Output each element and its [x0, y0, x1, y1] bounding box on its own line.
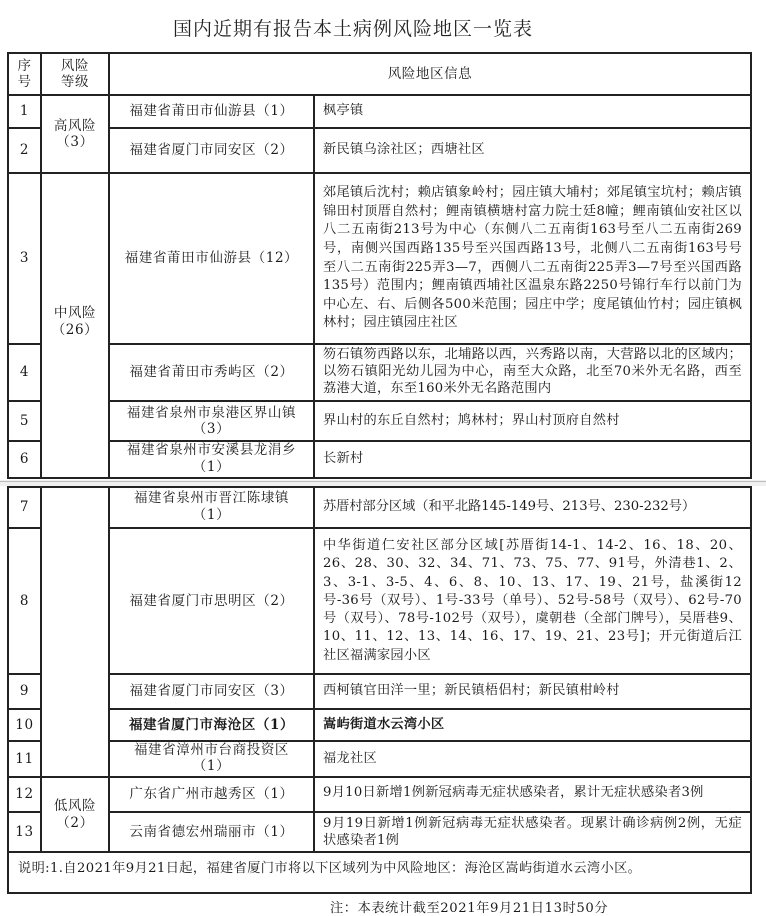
- row-13-no: 13: [9, 813, 40, 851]
- row-6-no: 6: [9, 442, 40, 477]
- row-7-no: 7: [9, 488, 40, 527]
- row-4-region: 福建省莆田市秀屿区（2）: [110, 345, 313, 400]
- document-title: 国内近期有报告本土病例风险地区一览表: [0, 14, 766, 41]
- group-low-risk: 低风险（2）: [42, 778, 108, 851]
- row-5-region: 福建省泉州市泉港区界山镇（3）: [110, 402, 313, 440]
- row-7-info: 苏厝村部分区域（和平北路145-149号、213号、230-232号）: [315, 488, 752, 527]
- row-9-region: 福建省厦门市同安区（3）: [110, 675, 313, 708]
- row-4-no: 4: [9, 345, 40, 400]
- row-10-info: 嵩屿街道水云湾小区: [315, 710, 750, 740]
- row-3-no: 3: [9, 174, 40, 343]
- row-12-info: 9月10日新增1例新冠病毒无症状感染者，累计无症状感染者3例: [315, 776, 750, 811]
- row-3-region: 福建省莆田市仙游县（12）: [110, 174, 313, 343]
- row-12-region: 广东省广州市越秀区（1）: [110, 778, 313, 811]
- group-medium-risk: 中风险（26）: [42, 300, 108, 343]
- header-seq: 序号: [9, 54, 40, 94]
- row-7-region: 福建省泉州市晋江陈埭镇（1）: [110, 486, 313, 527]
- header-risk-level: 风险等级: [42, 54, 108, 94]
- row-12-no: 12: [9, 778, 40, 811]
- row-8-no: 8: [9, 529, 40, 673]
- row-11-info: 福龙社区: [315, 742, 750, 776]
- row-8-region: 福建省厦门市思明区（2）: [110, 529, 313, 673]
- row-9-no: 9: [9, 675, 40, 708]
- row-13-info: 9月19日新增1例新冠病毒无症状感染者。现累计确诊病例2例，无症状感染者1例: [315, 812, 750, 851]
- row-2-region: 福建省厦门市同安区（2）: [110, 129, 313, 172]
- row-6-info: 长新村: [315, 442, 750, 477]
- row-13-region: 云南省德宏州瑞丽市（1）: [110, 813, 313, 851]
- row-2-info: 新民镇乌涂社区；西塘社区: [315, 129, 750, 172]
- row-6-region: 福建省泉州市安溪县龙涓乡（1）: [110, 440, 313, 477]
- row-10-region: 福建省厦门市海沧区（1）: [110, 710, 313, 740]
- row-1-info: 枫亭镇: [315, 96, 750, 127]
- row-5-no: 5: [9, 402, 40, 440]
- row-2-no: 2: [9, 129, 40, 172]
- page-break-line: [0, 481, 766, 482]
- row-1-no: 1: [9, 96, 40, 127]
- row-1-region: 福建省莆田市仙游县（1）: [110, 96, 313, 127]
- statistics-footnote: 注：本表统计截至2021年9月21日13时50分: [330, 897, 608, 916]
- row-5-info: 界山村的东丘自然村；鸠林村；界山村顶府自然村: [315, 402, 750, 440]
- row-11-no: 11: [9, 742, 40, 776]
- row-4-info: 笏石镇笏西路以东，北埔路以西，兴秀路以南，大营路以北的区域内；以笏石镇阳光幼儿园…: [315, 342, 750, 400]
- row-3-info: 郊尾镇后沈村；赖店镇象岭村；园庄镇大埔村；郊尾镇宝坑村；赖店镇锦田村顶厝自然村；…: [315, 174, 750, 343]
- explanation-note: 说明:1.自2021年9月21日起，福建省厦门市将以下区域列为中风险地区：海沧区…: [8, 851, 751, 893]
- row-11-region: 福建省漳州市台商投资区（1）: [110, 740, 313, 776]
- header-area-info: 风险地区信息: [110, 54, 750, 94]
- row-9-info: 西柯镇官田洋一里；新民镇梧侣村；新民镇柑岭村: [315, 675, 750, 708]
- group-high-risk: 高风险（3）: [42, 96, 108, 172]
- row-8-info: 中华街道仁安社区部分区域[苏厝街14-1、14-2、16、18、20、26、28…: [315, 529, 750, 673]
- row-10-no: 10: [9, 710, 40, 740]
